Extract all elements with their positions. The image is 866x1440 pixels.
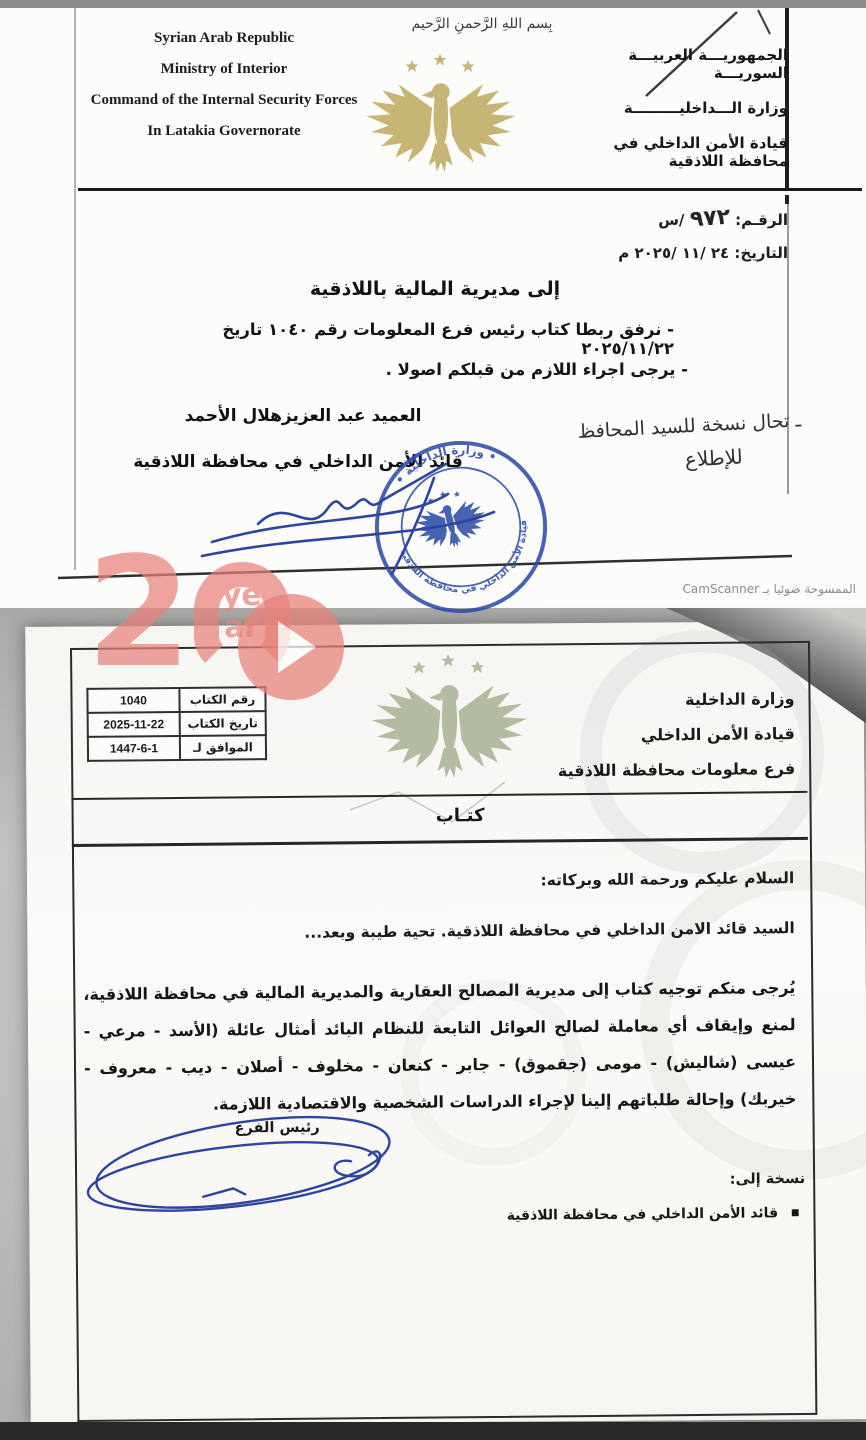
play-button-icon xyxy=(238,594,344,700)
note-line: ـ تحال نسخة للسيد المحافظ xyxy=(545,409,802,444)
photo-bottom-edge xyxy=(0,1422,866,1440)
table-label: الموافق لـ xyxy=(180,735,266,760)
date-label: التاريخ: xyxy=(734,244,788,262)
letterhead-line: Ministry of Interior xyxy=(78,61,370,78)
watermark-numeral: 2 xyxy=(86,548,192,678)
doc-type-band: كتـاب xyxy=(71,791,807,847)
letterhead-line: فرع معلومات محافظة اللاذقية xyxy=(493,759,795,781)
letterhead-line: قيادة الأمن الداخلي في محافظة اللاذقية xyxy=(570,134,788,170)
table-row: الموافق لـ 1447-6-1 xyxy=(88,735,266,761)
camscanner-footer-note: الممسوحة ضوئيا بـ CamScanner xyxy=(640,582,856,596)
letterhead-line: Command of the Internal Security Forces xyxy=(78,92,370,109)
doc1-left-border xyxy=(74,8,76,570)
doc1-arabic-letterhead: الجمهوريـــة العربيـــة السوريـــة وزارة… xyxy=(570,46,788,187)
letterhead-line: Syrian Arab Republic xyxy=(78,30,370,47)
reference-label: الرقـم: xyxy=(735,211,788,229)
scan-edge-bar xyxy=(0,0,866,8)
letterhead-line: الجمهوريـــة العربيـــة السوريـــة xyxy=(570,46,788,82)
letterhead-line: In Latakia Governorate xyxy=(78,123,370,140)
doc2-border-frame: رقم الكتاب 1040 تاريخ الكتاب 2025-11-22 … xyxy=(70,641,817,1422)
letterhead-line: وزارة الـــداخليـــــــــة xyxy=(570,99,788,117)
addressee-title: إلى مديرية المالية باللاذقية xyxy=(200,278,670,300)
table-label: تاريخ الكتاب xyxy=(180,711,266,736)
table-value: 1447-6-1 xyxy=(88,736,180,761)
reference-number-line: الرقـم: ٩٧٢ /س xyxy=(548,206,788,231)
branch-chief-signature xyxy=(82,1099,413,1232)
copy-to-text: قائد الأمن الداخلي في محافظة اللاذقية xyxy=(507,1205,779,1224)
gold-eagle-emblem-icon xyxy=(352,52,528,180)
note-line: للإطلاع xyxy=(546,441,803,478)
copy-to-item: ■ قائد الأمن الداخلي في محافظة اللاذقية xyxy=(447,1205,799,1224)
greeting-line: السلام عليكم ورحمة الله وبركاته: xyxy=(354,869,794,891)
scanned-letters-page: Syrian Arab Republic Ministry of Interio… xyxy=(0,0,866,1440)
addressee-line: السيد قائد الامن الداخلي في محافظة اللاذ… xyxy=(295,919,795,942)
date-line: التاريخ: ٢٤ /١١ /٢٠٢٥ م xyxy=(548,244,788,262)
bullet-icon: ■ xyxy=(791,1208,800,1218)
letterhead-line: وزارة الداخلية xyxy=(492,689,794,711)
body-line: - نرفق ربطا كتاب رئيس فرع المعلومات رقم … xyxy=(186,320,674,358)
basmala-calligraphy: بِسم اللهِ الرَّحمنِ الرَّحيم xyxy=(392,16,572,32)
handwritten-margin-note: ـ تحال نسخة للسيد المحافظ للإطلاع xyxy=(545,409,804,478)
reference-number-handwritten: ٩٧٢ xyxy=(689,205,731,233)
doc1-english-letterhead: Syrian Arab Republic Ministry of Interio… xyxy=(78,30,370,154)
body-line: - يرجى اجراء اللازم من قبلكم اصولا . xyxy=(186,360,688,379)
signer-name: العميد عبد العزيزهلال الأحمد xyxy=(150,406,456,426)
table-value: 2025-11-22 xyxy=(88,712,180,737)
date-value: ٢٤ /١١ /٢٠٢٥ م xyxy=(618,244,729,262)
table-row: تاريخ الكتاب 2025-11-22 xyxy=(88,711,266,737)
doc2-arabic-letterhead: وزارة الداخلية قيادة الأمن الداخلي فرع م… xyxy=(492,689,795,797)
reference-suffix: /س xyxy=(658,211,684,229)
doc-type-title: كتـاب xyxy=(436,805,485,826)
letterhead-line: قيادة الأمن الداخلي xyxy=(493,724,795,746)
header-divider-rule xyxy=(78,188,862,195)
copy-to-label: نسخة إلى: xyxy=(677,1171,805,1188)
